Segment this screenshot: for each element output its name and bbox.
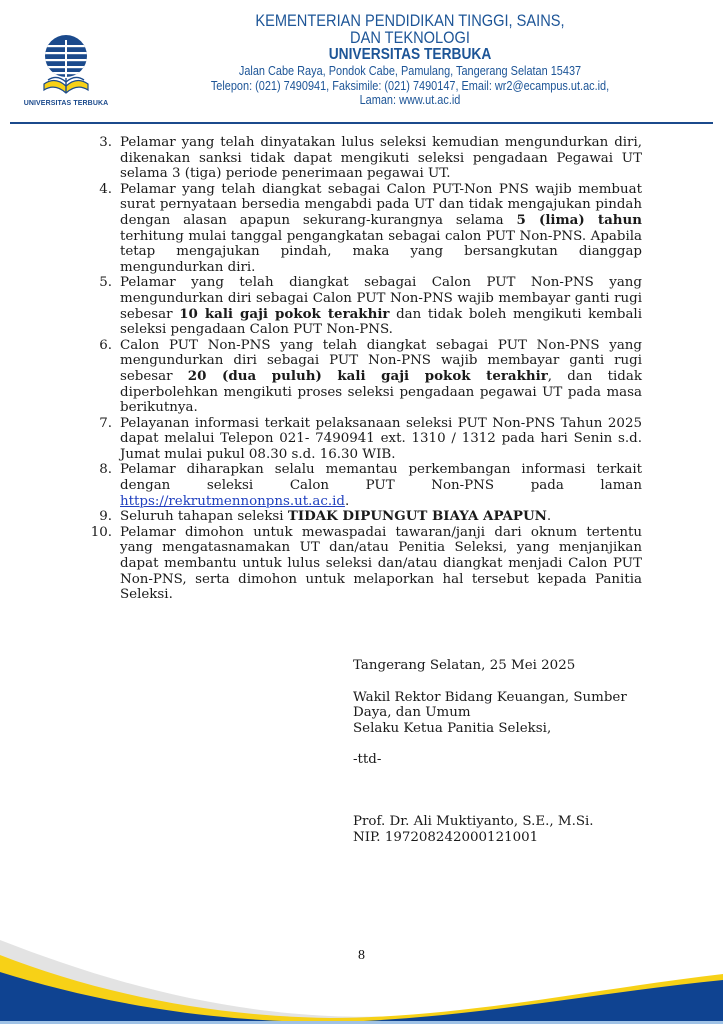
item-text: Pelayanan informasi terkait pelaksanaan … <box>120 416 642 462</box>
emphasis-text: 20 (dua puluh) kali gaji pokok terakhir <box>188 368 548 384</box>
item-number: 4. <box>88 182 112 198</box>
signatory-position-line1: Wakil Rektor Bidang Keuangan, Sumber <box>353 690 673 706</box>
university-name: UNIVERSITAS TERBUKA <box>186 46 633 64</box>
item-text: Pelamar dimohon untuk mewaspadai tawaran… <box>120 525 642 602</box>
document-body: 3.Pelamar yang telah dinyatakan lulus se… <box>0 135 723 603</box>
list-item: 5.Pelamar yang telah diangkat sebagai Ca… <box>0 275 642 337</box>
item-number: 3. <box>88 135 112 151</box>
item-text: Pelamar yang telah dinyatakan lulus sele… <box>120 135 642 181</box>
letterhead: UNIVERSITAS TERBUKA KEMENTERIAN PENDIDIK… <box>0 0 723 126</box>
list-item: 10.Pelamar dimohon untuk mewaspadai tawa… <box>0 525 642 603</box>
text-segment: Pelayanan informasi terkait pelaksanaan … <box>120 416 642 462</box>
text-segment: Pelamar yang telah dinyatakan lulus sele… <box>120 135 642 181</box>
item-text: Calon PUT Non-PNS yang telah diangkat se… <box>120 338 642 415</box>
item-text: Seluruh tahapan seleksi TIDAK DIPUNGUT B… <box>120 509 551 524</box>
emphasis-text: 10 kali gaji pokok terakhir <box>179 306 389 322</box>
place-date: Tangerang Selatan, 25 Mei 2025 <box>353 658 673 674</box>
text-segment: . <box>345 494 349 509</box>
item-text: Pelamar diharapkan selalu memantau perke… <box>120 462 642 508</box>
signature-block: Tangerang Selatan, 25 Mei 2025 Wakil Rek… <box>353 658 673 845</box>
item-number: 10. <box>88 525 112 541</box>
signatory-position-line2: Daya, dan Umum <box>353 705 673 721</box>
contact-info: Telepon: (021) 7490941, Faksimile: (021)… <box>192 79 629 94</box>
item-text: Pelamar yang telah diangkat sebagai Calo… <box>120 182 642 275</box>
university-logo: UNIVERSITAS TERBUKA <box>18 34 114 114</box>
text-segment: terhitung mulai tanggal pengangkatan seb… <box>120 229 642 275</box>
signed-mark: -ttd- <box>353 752 673 768</box>
emphasis-text: TIDAK DIPUNGUT BIAYA APAPUN <box>288 508 547 524</box>
signatory-nip: NIP. 197208242000121001 <box>353 830 673 846</box>
list-item: 9.Seluruh tahapan seleksi TIDAK DIPUNGUT… <box>0 509 642 525</box>
header-divider <box>10 122 713 124</box>
item-number: 9. <box>88 509 112 525</box>
item-text: Pelamar yang telah diangkat sebagai Calo… <box>120 275 642 337</box>
page-number: 8 <box>0 948 723 964</box>
item-number: 6. <box>88 338 112 354</box>
globe-book-logo-icon <box>40 34 92 100</box>
list-item: 4.Pelamar yang telah diangkat sebagai Ca… <box>0 182 642 276</box>
logo-caption: UNIVERSITAS TERBUKA <box>18 100 114 107</box>
emphasis-text: 5 (lima) tahun <box>516 212 642 228</box>
ministry-name-line1: KEMENTERIAN PENDIDIKAN TINGGI, SAINS, <box>186 12 633 29</box>
signatory-name: Prof. Dr. Ali Muktiyanto, S.E., M.Si. <box>353 814 673 830</box>
text-segment: Pelamar dimohon untuk mewaspadai tawaran… <box>120 525 642 602</box>
list-item: 3.Pelamar yang telah dinyatakan lulus se… <box>0 135 642 182</box>
item-number: 8. <box>88 462 112 478</box>
address: Jalan Cabe Raya, Pondok Cabe, Pamulang, … <box>192 64 629 79</box>
list-item: 6.Calon PUT Non-PNS yang telah diangkat … <box>0 338 642 416</box>
organization-block: KEMENTERIAN PENDIDIKAN TINGGI, SAINS, DA… <box>150 12 670 108</box>
provisions-list: 3.Pelamar yang telah dinyatakan lulus se… <box>0 135 723 603</box>
text-segment: Pelamar diharapkan selalu memantau perke… <box>120 462 642 493</box>
website: Laman: www.ut.ac.id <box>192 93 629 108</box>
item-number: 5. <box>88 275 112 291</box>
ministry-name-line2: DAN TEKNOLOGI <box>186 29 633 46</box>
item-number: 7. <box>88 416 112 432</box>
list-item: 7.Pelayanan informasi terkait pelaksanaa… <box>0 416 642 463</box>
recruitment-link[interactable]: https://rekrutmennonpns.ut.ac.id <box>120 494 345 509</box>
list-item: 8.Pelamar diharapkan selalu memantau per… <box>0 462 642 509</box>
text-segment: Seluruh tahapan seleksi <box>120 509 288 524</box>
signatory-position-line3: Selaku Ketua Panitia Seleksi, <box>353 721 673 737</box>
text-segment: . <box>547 509 551 524</box>
